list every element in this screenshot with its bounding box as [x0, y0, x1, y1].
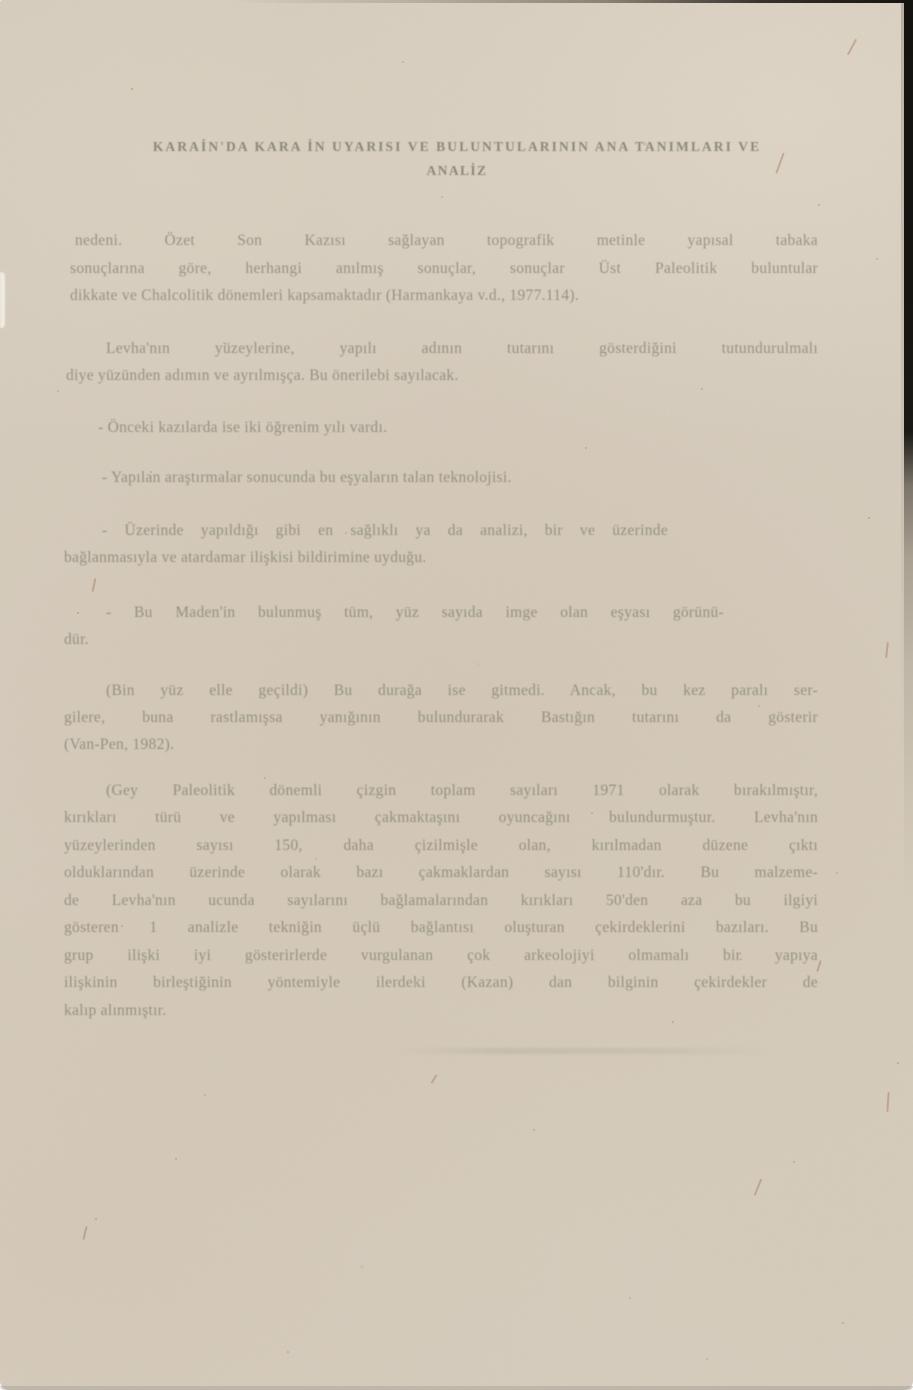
paragraph-2-line-1: Levha'nın yüzeylerine, yapılı adının tut… — [106, 339, 818, 358]
scan-canvas: KARAİN'DA KARA İN UYARISI VE BULUNTULARI… — [0, 0, 913, 1390]
paragraph-1-line-1: nedeni. Özet Son Kazısı sağlayan topogra… — [75, 231, 818, 250]
paragraph-4-line-2: kırıkları türü ve yapılması çakmaktaşını… — [64, 808, 818, 827]
paragraph-1-line-2: sonuçlarına göre, herhangi anılmış sonuç… — [70, 259, 818, 278]
scratch-mark — [82, 1226, 87, 1240]
paragraph-4-line-1: (Gey Paleolitik dönemli çizgin toplam sa… — [106, 781, 818, 800]
ink-bleed-smudge — [392, 1048, 772, 1054]
document-title-line-1: KARAİN'DA KARA İN UYARISI VE BULUNTULARI… — [62, 137, 852, 156]
list-item-4-line-1: - Bu Maden'in bulunmuş tüm, yüz sayıda i… — [106, 603, 724, 622]
paragraph-4-line-7: grup ilişki iyi gösterirlerde vurgulanan… — [64, 946, 818, 965]
scratch-mark — [886, 1092, 889, 1112]
paragraph-4-line-8: ilişkinin birleştiğinin yöntemiyle ilerd… — [64, 973, 818, 992]
paragraph-1-line-3: dikkate ve Chalcolitik dönemleri kapsama… — [70, 286, 690, 305]
list-item-4-line-2: dür. — [64, 630, 124, 649]
paragraph-4-line-9: kalıp alınmıştır. — [64, 1001, 264, 1020]
paragraph-4-line-6: gösteren 1 analizle tekniğin üçlü bağlan… — [64, 918, 818, 937]
list-item-3-line-2: bağlanmasıyla ve atardamar ilişkisi bild… — [64, 548, 494, 567]
scratch-mark — [885, 642, 888, 658]
paragraph-4-line-5: de Levha'nın ucunda sayılarını bağlamala… — [64, 891, 818, 910]
paragraph-3-line-2: gilere, buna rastlamışsa yanığının bulun… — [64, 708, 818, 727]
scratch-mark — [847, 39, 857, 56]
list-item-1-line-1: - Önceki kazılarda ise iki öğrenim yılı … — [98, 418, 528, 437]
scratch-mark — [92, 578, 96, 592]
paragraph-4-line-3: yüzeylerinden sayısı 150, daha çizilmişl… — [64, 836, 818, 855]
paragraph-3-line-3: (Van-Pen, 1982). — [64, 735, 244, 754]
paragraph-4-line-4: olduklarından üzerinde olarak bazı çakma… — [64, 863, 818, 882]
left-edge-notch — [0, 272, 5, 328]
scratch-mark — [754, 1178, 762, 1195]
paper-speck-layer — [0, 0, 2, 2]
page-edge-shadow-top — [230, 0, 913, 3]
scanned-page: KARAİN'DA KARA İN UYARISI VE BULUNTULARI… — [0, 0, 913, 1390]
document-title-line-2: ANALİZ — [62, 161, 852, 180]
paragraph-3-line-1: (Bin yüz elle geçildi) Bu durağa ise git… — [106, 681, 818, 700]
scratch-mark — [431, 1074, 437, 1083]
list-item-3-line-1: - Üzerinde yapıldığı gibi en sağlıklı ya… — [102, 521, 668, 540]
page-bottom-shadow — [0, 1386, 913, 1390]
page-edge-shadow-right — [904, 0, 913, 900]
paragraph-2-line-2: diye yüzünden adımın ve ayrılmışça. Bu ö… — [66, 366, 526, 385]
list-item-2-line-1: - Yapılan araştırmalar sonucunda bu eşya… — [102, 468, 612, 487]
